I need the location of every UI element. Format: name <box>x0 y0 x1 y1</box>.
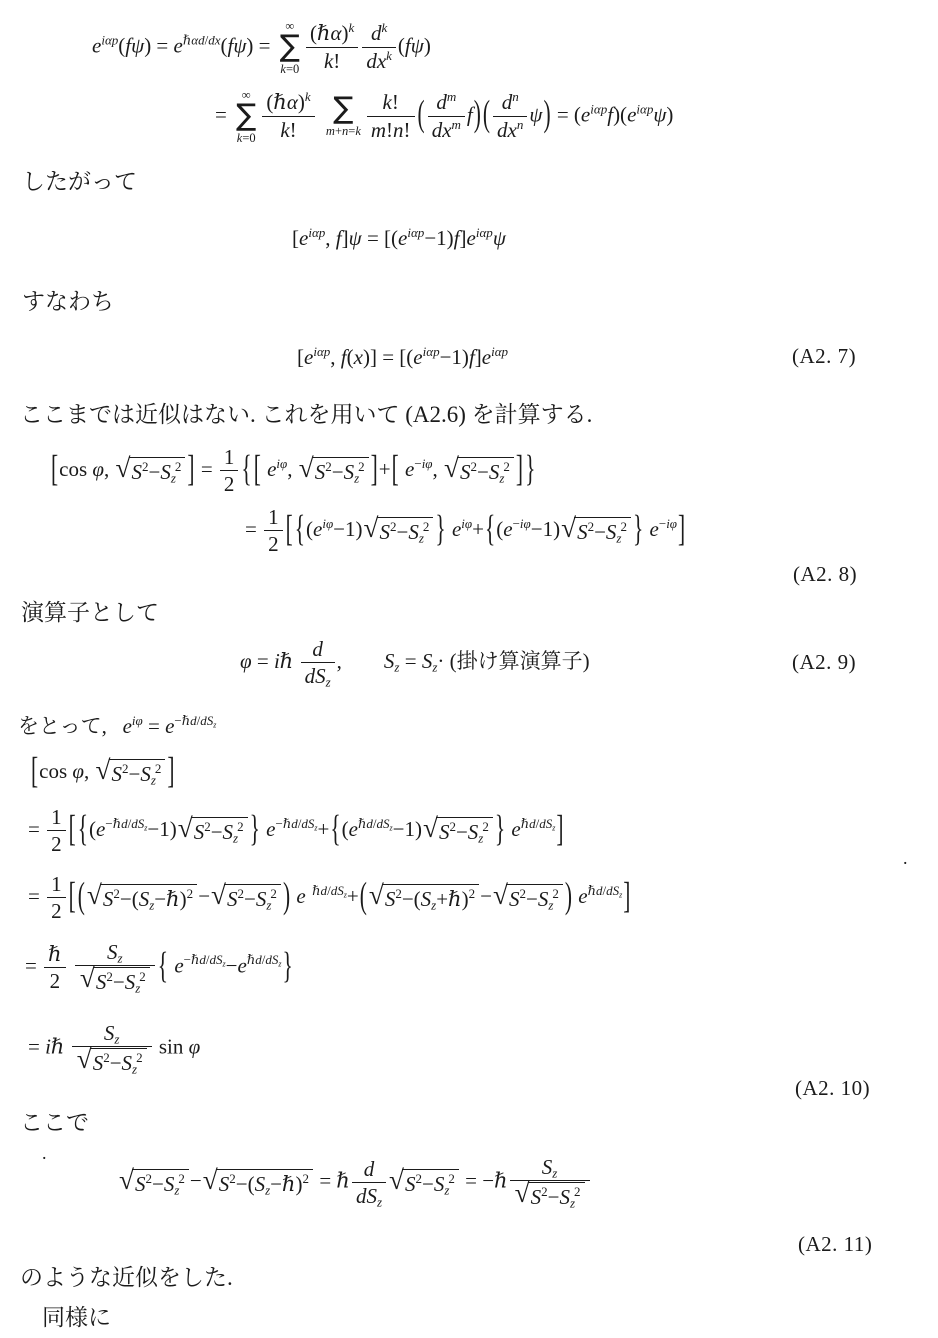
big-delimiter: ) <box>473 91 482 138</box>
big-delimiter: [ <box>285 505 294 552</box>
big-delimiter: ( <box>77 872 86 919</box>
big-delimiter: } <box>249 805 261 852</box>
fraction: Sz√S2−Sz2 <box>75 940 155 995</box>
square-root: √S2−Sz2 <box>423 817 493 845</box>
radical-icon: √ <box>444 455 459 482</box>
stray-dot-right: . <box>903 848 908 869</box>
radical-icon: √ <box>493 882 508 909</box>
square-root: √S2−Sz2 <box>178 817 248 845</box>
fraction: ddSz <box>352 1157 386 1209</box>
fraction: (ℏα)kk! <box>306 21 358 73</box>
radical-icon: √ <box>515 1180 530 1207</box>
big-delimiter: ] <box>677 505 686 552</box>
fraction: k!m!n! <box>367 90 415 142</box>
big-delimiter: ] <box>166 747 175 794</box>
big-delimiter: ] <box>186 445 195 492</box>
radical-icon: √ <box>116 455 131 482</box>
radical-icon: √ <box>203 1166 218 1193</box>
big-delimiter: [ <box>68 872 77 919</box>
square-root: √S2−Sz2 <box>515 1182 585 1210</box>
equation-exp-series-line2: = ∞∑k=0(ℏα)kk! ∑m+n=kk!m!n!(dmdxmf)(dndx… <box>215 88 673 145</box>
big-delimiter: ( <box>359 872 368 919</box>
scanned-textbook-page: eiαp(fψ) = eℏαd/dx(fψ) = ∞∑k=0(ℏα)kk!dkd… <box>0 0 938 1338</box>
equation-tag-a2-11: (A2. 11) <box>798 1232 872 1257</box>
square-root: √S2−(Sz−ℏ)2 <box>87 884 197 912</box>
big-delimiter: } <box>524 445 536 492</box>
square-root: √S2−Sz2 <box>493 884 563 912</box>
equation-expand-line2: = 12[(√S2−(Sz−ℏ)2−√S2−Sz2) e ℏd/dSz+(√S2… <box>28 872 631 924</box>
radical-icon: √ <box>561 515 576 542</box>
big-delimiter: { <box>294 505 306 552</box>
equation-hbar-half: = ℏ2 Sz√S2−Sz2{ e−ℏd/dSz−eℏd/dSz} <box>25 940 294 995</box>
line-totte-eiphi: をとって, eiφ = e−ℏd/dSz <box>18 713 216 740</box>
big-delimiter: ) <box>564 872 573 919</box>
fraction: ddSz <box>301 637 335 689</box>
paragraph-no-youna: のような近似をした. <box>20 1263 233 1293</box>
summation: ∑m+n=k <box>326 95 361 138</box>
square-root: √S2−Sz2 <box>211 884 281 912</box>
big-delimiter: ] <box>370 445 379 492</box>
big-delimiter: [ <box>30 747 39 794</box>
radical-icon: √ <box>119 1166 134 1193</box>
big-delimiter: } <box>434 505 446 552</box>
fraction: dmdxm <box>428 90 465 142</box>
radical-icon: √ <box>389 1166 404 1193</box>
big-delimiter: { <box>77 805 89 852</box>
summation: ∞∑k=0 <box>236 88 256 145</box>
paragraph-sunawachi: すなわち <box>22 287 114 317</box>
equation-expand-line1: = 12[{(e−ℏd/dSz−1)√S2−Sz2} e−ℏd/dSz+{(eℏ… <box>28 805 565 857</box>
big-delimiter: } <box>632 505 644 552</box>
radical-icon: √ <box>77 1046 92 1073</box>
paragraph-kokode: ここで <box>20 1108 89 1138</box>
square-root: √S2−Sz2 <box>364 517 434 545</box>
equation-a2-11: √S2−Sz2−√S2−(Sz−ℏ)2 = ℏddSz√S2−Sz2 = −ℏS… <box>118 1155 592 1210</box>
equation-a2-7: [eiαp, f(x)] = [(eiαp−1)f]eiαp <box>297 344 508 371</box>
equation-tag-a2-8: (A2. 8) <box>793 562 857 587</box>
big-delimiter: ) <box>542 91 551 138</box>
big-delimiter: { <box>240 445 252 492</box>
fraction: (ℏα)kk! <box>262 90 314 142</box>
radical-icon: √ <box>369 882 384 909</box>
radical-icon: √ <box>299 455 314 482</box>
square-root: √S2−Sz2 <box>116 457 186 485</box>
equation-a2-8-line1: [cos φ, √S2−Sz2] = 12{[ eiφ, √S2−Sz2]+[ … <box>50 445 536 497</box>
big-delimiter: ] <box>555 805 564 852</box>
big-delimiter: ] <box>622 872 631 919</box>
equation-tag-a2-9: (A2. 9) <box>792 650 856 675</box>
square-root: √S2−Sz2 <box>80 967 150 995</box>
radical-icon: √ <box>178 815 193 842</box>
big-delimiter: ( <box>482 91 491 138</box>
square-root: √S2−Sz2 <box>299 457 369 485</box>
equation-a2-9: φ = iℏ ddSz, Sz = Sz· (掛け算演算子) <box>240 637 590 689</box>
fraction: Sz√S2−Sz2 <box>510 1155 590 1210</box>
square-root: √S2−Sz2 <box>561 517 631 545</box>
equation-cos-commutator: [cos φ, √S2−Sz2] <box>30 758 176 787</box>
big-delimiter: { <box>484 505 496 552</box>
paragraph-koko-made: ここまでは近似はない. これを用いて (A2.6) を計算する. <box>20 400 592 430</box>
square-root: √S2−(Sz−ℏ)2 <box>203 1169 313 1197</box>
big-delimiter: ] <box>515 445 524 492</box>
equation-ihbar-sin: = iℏ Sz√S2−Sz2 sin φ <box>28 1021 200 1076</box>
radical-icon: √ <box>211 882 226 909</box>
big-delimiter: { <box>329 805 341 852</box>
big-delimiter: { <box>157 942 169 989</box>
fraction: dndxn <box>493 90 527 142</box>
sigma-icon: ∑ <box>333 95 353 124</box>
stray-dot-left-margin: . <box>42 1143 47 1164</box>
fraction: 12 <box>47 805 66 857</box>
radical-icon: √ <box>364 515 379 542</box>
fraction: ℏ2 <box>44 942 66 994</box>
paragraph-douyouni: 同様に <box>42 1303 111 1333</box>
paragraph-shitagatte: したがって <box>22 167 137 197</box>
square-root: √S2−Sz2 <box>119 1169 189 1197</box>
square-root: √S2−Sz2 <box>96 759 166 787</box>
big-delimiter: [ <box>391 445 400 492</box>
radical-icon: √ <box>96 757 111 784</box>
radical-icon: √ <box>80 965 95 992</box>
paragraph-enzanshi: 演算子として <box>21 598 159 628</box>
square-root: √S2−Sz2 <box>389 1169 459 1197</box>
equation-commutator-psi: [eiαp, f]ψ = [(eiαp−1)f]eiαpψ <box>292 225 506 252</box>
fraction: 12 <box>264 505 283 557</box>
equation-a2-8-line2: = 12[{(eiφ−1)√S2−Sz2} eiφ+{(e−iφ−1)√S2−S… <box>245 505 686 557</box>
radical-icon: √ <box>423 815 438 842</box>
equation-tag-a2-10: (A2. 10) <box>795 1076 870 1101</box>
square-root: √S2−Sz2 <box>444 457 514 485</box>
fraction: Sz√S2−Sz2 <box>72 1021 152 1076</box>
square-root: √S2−Sz2 <box>77 1048 147 1076</box>
big-delimiter: } <box>282 942 294 989</box>
square-root: √S2−(Sz+ℏ)2 <box>369 884 479 912</box>
fraction: 12 <box>220 445 239 497</box>
big-delimiter: [ <box>253 445 262 492</box>
big-delimiter: ) <box>282 872 291 919</box>
big-delimiter: [ <box>50 445 59 492</box>
sigma-icon: ∑ <box>280 33 300 62</box>
summation: ∞∑k=0 <box>280 19 300 76</box>
big-delimiter: [ <box>68 805 77 852</box>
big-delimiter: } <box>494 805 506 852</box>
sigma-icon: ∑ <box>236 102 256 131</box>
equation-exp-series-line1: eiαp(fψ) = eℏαd/dx(fψ) = ∞∑k=0(ℏα)kk!dkd… <box>92 19 431 76</box>
big-delimiter: ( <box>417 91 426 138</box>
fraction: dkdxk <box>362 21 396 73</box>
equation-tag-a2-7: (A2. 7) <box>792 344 856 369</box>
fraction: 12 <box>47 872 66 924</box>
radical-icon: √ <box>87 882 102 909</box>
